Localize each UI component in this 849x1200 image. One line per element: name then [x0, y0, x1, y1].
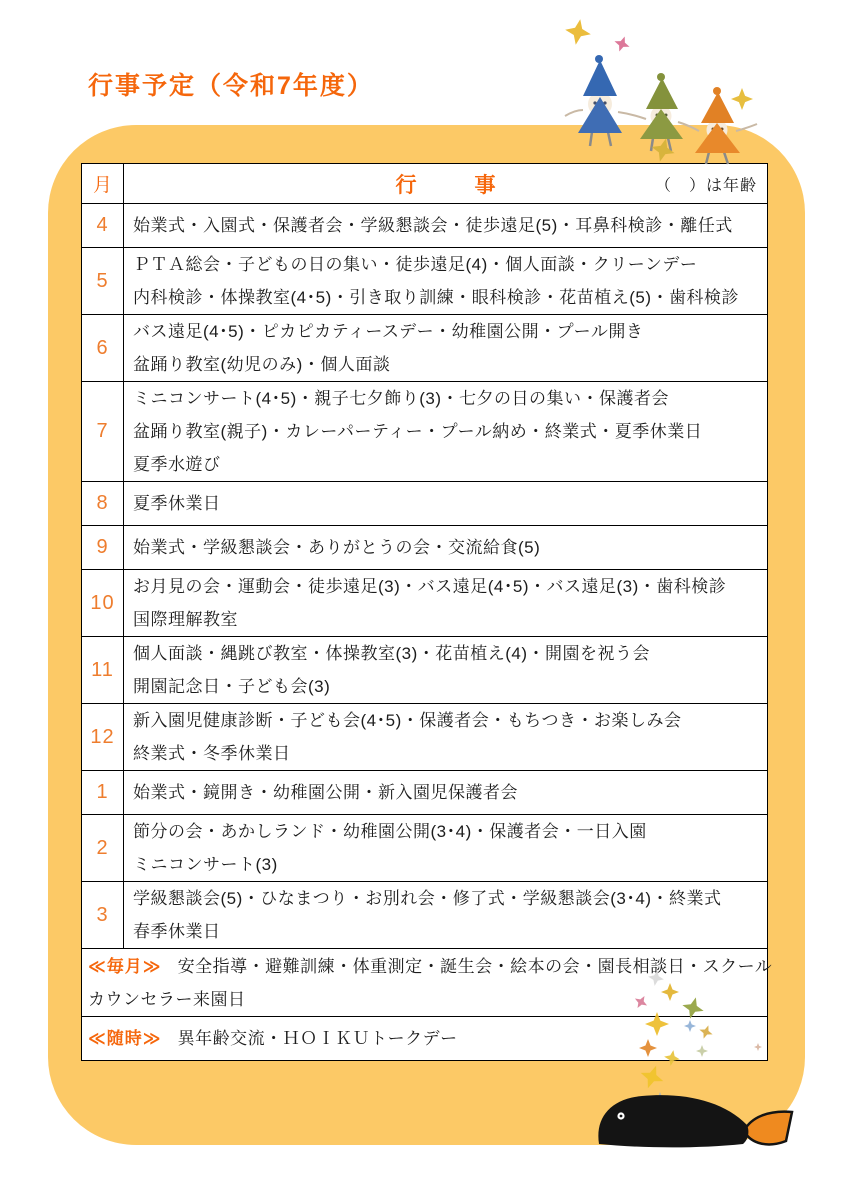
month-cell: 12 — [82, 704, 124, 771]
event-line: ミニコンサート(3) — [133, 848, 761, 881]
event-line: 新入園児健康診断・子ども会(4･5)・保護者会・もちつき・お楽しみ会 — [133, 704, 761, 737]
month-cell: 9 — [82, 526, 124, 570]
events-column-header: 行 事 （ ）は年齢 — [124, 164, 768, 204]
events-cell: 夏季休業日 — [124, 482, 768, 526]
month-cell: 11 — [82, 637, 124, 704]
header-row: 月 行 事 （ ）は年齢 — [82, 164, 768, 204]
page-title: 行事予定（令和7年度） — [88, 66, 374, 102]
schedule-table-header: 月 行 事 （ ）は年齢 — [82, 164, 768, 204]
footer-line: ≪毎月≫安全指導・避難訓練・体重測定・誕生会・絵本の会・園長相談日・スクール — [88, 950, 761, 983]
footer-label: ≪毎月≫ — [88, 957, 162, 976]
events-cell: 新入園児健康診断・子ども会(4･5)・保護者会・もちつき・お楽しみ会終業式・冬季… — [124, 704, 768, 771]
event-line: 夏季水遊び — [133, 448, 761, 481]
month-cell: 5 — [82, 248, 124, 315]
table-row: 9始業式・学級懇談会・ありがとうの会・交流給食(5) — [82, 526, 768, 570]
table-row: 10お月見の会・運動会・徒歩遠足(3)・バス遠足(4･5)・バス遠足(3)・歯科… — [82, 570, 768, 637]
month-cell: 7 — [82, 382, 124, 482]
month-cell: 6 — [82, 315, 124, 382]
event-line: 国際理解教室 — [133, 603, 761, 636]
event-line: 節分の会・あかしランド・幼稚園公開(3･4)・保護者会・一日入園 — [133, 815, 761, 848]
event-line: 学級懇談会(5)・ひなまつり・お別れ会・修了式・学級懇談会(3･4)・終業式 — [133, 882, 761, 915]
events-cell: 始業式・鏡開き・幼稚園公開・新入園児保護者会 — [124, 771, 768, 815]
arm-line — [565, 110, 583, 116]
event-line: 盆踊り教室(幼児のみ)・個人面談 — [133, 348, 761, 381]
month-cell: 4 — [82, 204, 124, 248]
schedule-table: 月 行 事 （ ）は年齢 4始業式・入園式・保護者会・学級懇談会・徒歩遠足(5)… — [81, 163, 768, 1061]
month-cell: 2 — [82, 815, 124, 882]
month-cell: 8 — [82, 482, 124, 526]
footer-cell: ≪随時≫異年齢交流・ＨＯＩＫＵトークデー — [82, 1017, 768, 1061]
event-line: 春季休業日 — [133, 915, 761, 948]
event-line: 始業式・鏡開き・幼稚園公開・新入園児保護者会 — [133, 776, 761, 809]
table-row: 3学級懇談会(5)・ひなまつり・お別れ会・修了式・学級懇談会(3･4)・終業式春… — [82, 882, 768, 949]
table-row: 8夏季休業日 — [82, 482, 768, 526]
event-line: 個人面談・縄跳び教室・体操教室(3)・花苗植え(4)・開園を祝う会 — [133, 637, 761, 670]
month-cell: 3 — [82, 882, 124, 949]
table-row: 6バス遠足(4･5)・ピカピカティースデー・幼稚園公開・プール開き盆踊り教室(幼… — [82, 315, 768, 382]
age-note: （ ）は年齢 — [655, 172, 757, 195]
table-row: 7ミニコンサート(4･5)・親子七夕飾り(3)・七夕の日の集い・保護者会盆踊り教… — [82, 382, 768, 482]
footer-label: ≪随時≫ — [88, 1029, 162, 1048]
footer-text: 安全指導・避難訓練・体重測定・誕生会・絵本の会・園長相談日・スクール — [178, 957, 773, 976]
table-row: 12新入園児健康診断・子ども会(4･5)・保護者会・もちつき・お楽しみ会終業式・… — [82, 704, 768, 771]
events-header-char-2: 事 — [475, 169, 496, 199]
table-row: 2節分の会・あかしランド・幼稚園公開(3･4)・保護者会・一日入園ミニコンサート… — [82, 815, 768, 882]
event-line: 開園記念日・子ども会(3) — [133, 670, 761, 703]
events-cell: 学級懇談会(5)・ひなまつり・お別れ会・修了式・学級懇談会(3･4)・終業式春季… — [124, 882, 768, 949]
star-icon — [563, 17, 593, 47]
footer-row: ≪毎月≫安全指導・避難訓練・体重測定・誕生会・絵本の会・園長相談日・スクールカウ… — [82, 949, 768, 1017]
footer-line: ≪随時≫異年齢交流・ＨＯＩＫＵトークデー — [88, 1022, 761, 1055]
star-icon — [731, 88, 753, 110]
star-icon — [612, 34, 633, 55]
events-cell: 個人面談・縄跳び教室・体操教室(3)・花苗植え(4)・開園を祝う会開園記念日・子… — [124, 637, 768, 704]
table-row: 1始業式・鏡開き・幼稚園公開・新入園児保護者会 — [82, 771, 768, 815]
schedule-body: 4始業式・入園式・保護者会・学級懇談会・徒歩遠足(5)・耳鼻科検診・離任式5ＰＴ… — [82, 204, 768, 1061]
table-row: 4始業式・入園式・保護者会・学級懇談会・徒歩遠足(5)・耳鼻科検診・離任式 — [82, 204, 768, 248]
event-line: ＰＴＡ総会・子どもの日の集い・徒歩遠足(4)・個人面談・クリーンデー — [133, 248, 761, 281]
event-line: 夏季休業日 — [133, 487, 761, 520]
events-cell: 始業式・入園式・保護者会・学級懇談会・徒歩遠足(5)・耳鼻科検診・離任式 — [124, 204, 768, 248]
event-line: 盆踊り教室(親子)・カレーパーティー・プール納め・終業式・夏季休業日 — [133, 415, 761, 448]
event-line: 始業式・学級懇談会・ありがとうの会・交流給食(5) — [133, 531, 761, 564]
footer-row: ≪随時≫異年齢交流・ＨＯＩＫＵトークデー — [82, 1017, 768, 1061]
month-cell: 1 — [82, 771, 124, 815]
footer-text: 異年齢交流・ＨＯＩＫＵトークデー — [178, 1029, 458, 1048]
footer-line: カウンセラー来園日 — [88, 983, 761, 1016]
month-column-header: 月 — [82, 164, 124, 204]
event-line: 終業式・冬季休業日 — [133, 737, 761, 770]
event-line: ミニコンサート(4･5)・親子七夕飾り(3)・七夕の日の集い・保護者会 — [133, 382, 761, 415]
event-line: バス遠足(4･5)・ピカピカティースデー・幼稚園公開・プール開き — [133, 315, 761, 348]
event-line: お月見の会・運動会・徒歩遠足(3)・バス遠足(4･5)・バス遠足(3)・歯科検診 — [133, 570, 761, 603]
event-line: 内科検診・体操教室(4･5)・引き取り訓練・眼科検診・花苗植え(5)・歯科検診 — [133, 281, 761, 314]
table-row: 11個人面談・縄跳び教室・体操教室(3)・花苗植え(4)・開園を祝う会開園記念日… — [82, 637, 768, 704]
events-header-char-1: 行 — [396, 169, 417, 199]
events-cell: バス遠足(4･5)・ピカピカティースデー・幼稚園公開・プール開き盆踊り教室(幼児… — [124, 315, 768, 382]
table-row: 5ＰＴＡ総会・子どもの日の集い・徒歩遠足(4)・個人面談・クリーンデー内科検診・… — [82, 248, 768, 315]
events-cell: ＰＴＡ総会・子どもの日の集い・徒歩遠足(4)・個人面談・クリーンデー内科検診・体… — [124, 248, 768, 315]
events-cell: 節分の会・あかしランド・幼稚園公開(3･4)・保護者会・一日入園ミニコンサート(… — [124, 815, 768, 882]
event-line: 始業式・入園式・保護者会・学級懇談会・徒歩遠足(5)・耳鼻科検診・離任式 — [133, 209, 761, 242]
events-cell: ミニコンサート(4･5)・親子七夕飾り(3)・七夕の日の集い・保護者会盆踊り教室… — [124, 382, 768, 482]
events-cell: 始業式・学級懇談会・ありがとうの会・交流給食(5) — [124, 526, 768, 570]
events-cell: お月見の会・運動会・徒歩遠足(3)・バス遠足(4･5)・バス遠足(3)・歯科検診… — [124, 570, 768, 637]
footer-cell: ≪毎月≫安全指導・避難訓練・体重測定・誕生会・絵本の会・園長相談日・スクールカウ… — [82, 949, 768, 1017]
month-cell: 10 — [82, 570, 124, 637]
arm-line — [618, 112, 646, 119]
